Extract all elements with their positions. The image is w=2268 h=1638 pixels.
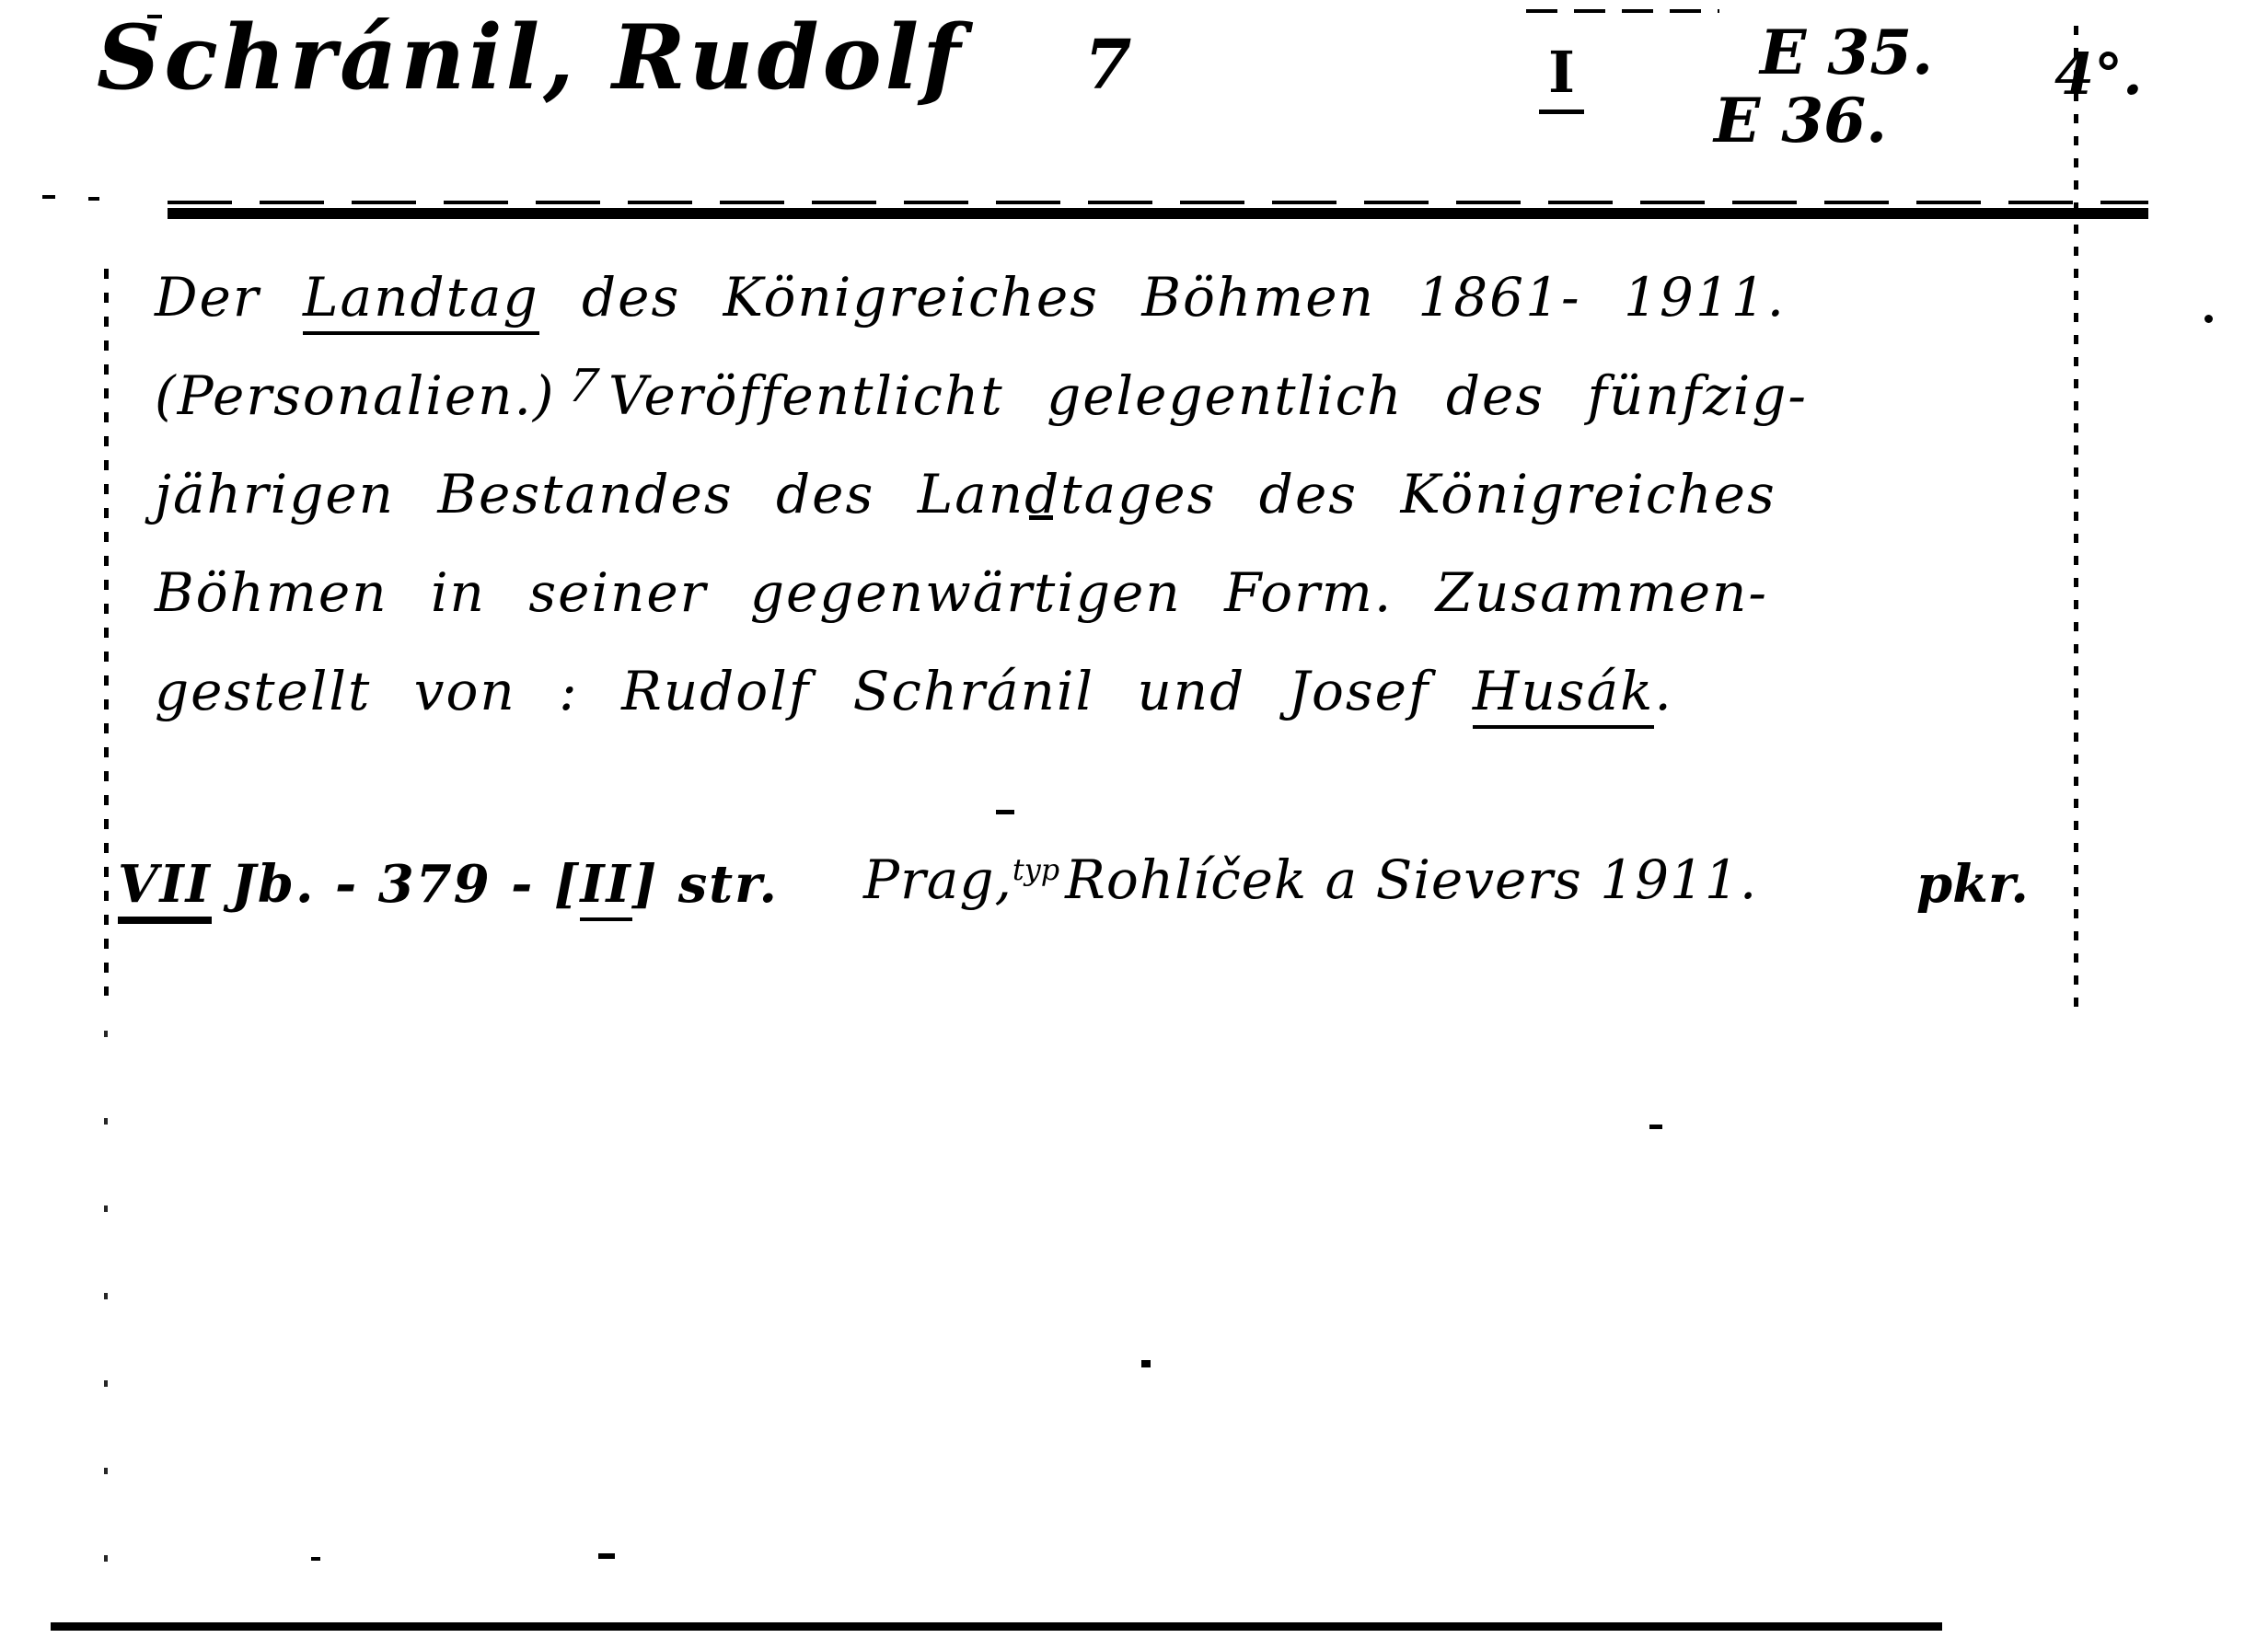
shelfmark-e36: E 36. bbox=[1714, 85, 1887, 156]
text-segment: Jb. - 379 - [ bbox=[212, 854, 581, 915]
body-line: jährigen Bestandes des Landtages des Kön… bbox=[155, 445, 2060, 544]
author-heading: Schránil, Rudolf bbox=[97, 6, 964, 110]
collation-note: VII Jb. - 379 - [II] str. bbox=[118, 854, 779, 915]
text-segment: des Königreiches Böhmen 1861- 1911. bbox=[539, 266, 1786, 329]
text-segment: Veröffentlicht gelegentlich des fünfzig- bbox=[608, 364, 1808, 427]
imprint-note: Prag,typRohlíček a Sievers 1911. bbox=[863, 848, 1757, 911]
scan-speck bbox=[2204, 315, 2213, 323]
scan-speck bbox=[1649, 1125, 1662, 1129]
body-line: Böhmen in seiner gegenwärtigen Form. Zus… bbox=[155, 544, 2060, 642]
body-line: (Personalien.)7Veröffentlicht gelegentli… bbox=[155, 347, 2060, 445]
scan-speck bbox=[88, 197, 99, 201]
text-segment: typ bbox=[1012, 852, 1059, 887]
body-line: gestellt von : Rudolf Schránil und Josef… bbox=[155, 642, 2060, 741]
header-rule-thin bbox=[168, 201, 2148, 204]
text-segment: 7 bbox=[561, 337, 606, 435]
left-margin-dotted-line-lower bbox=[104, 1031, 108, 1601]
text-segment: Böhmen in seiner gegenwärtigen Form. Zus… bbox=[155, 561, 1768, 624]
top-edge-dash bbox=[1526, 9, 1719, 13]
text-segment: jährigen Bestandes des Landtages des Kön… bbox=[155, 463, 1776, 525]
roman-numeral-mark: I bbox=[1539, 39, 1584, 114]
text-segment: Rohlíček a Sievers 1911. bbox=[1065, 848, 1757, 911]
header-rule-thick bbox=[168, 208, 2148, 219]
scan-speck bbox=[147, 15, 162, 18]
text-segment: . bbox=[1654, 660, 1672, 722]
right-margin-dotted-line bbox=[2074, 26, 2078, 1020]
catalog-card: Schránil, Rudolf 7 I E 35. E 36. 4°. Der… bbox=[0, 0, 2268, 1638]
scan-speck bbox=[598, 1553, 615, 1559]
text-segment: Der bbox=[155, 266, 303, 329]
shelfmark-e35: E 35. bbox=[1760, 17, 1933, 88]
text-segment: Husák bbox=[1473, 660, 1654, 729]
title-statement-block: Der Landtag des Königreiches Böhmen 1861… bbox=[155, 248, 2060, 741]
text-segment: II bbox=[580, 854, 631, 921]
scan-speck bbox=[996, 810, 1014, 814]
scan-speck bbox=[1029, 515, 1053, 520]
format-quarto-mark: 4°. bbox=[2054, 40, 2143, 108]
cataloger-initials: pkr. bbox=[1916, 854, 2029, 915]
scan-speck bbox=[1141, 1360, 1151, 1367]
text-segment: ] str. bbox=[632, 854, 779, 915]
scan-speck bbox=[311, 1557, 320, 1561]
text-segment: Landtag bbox=[303, 266, 539, 335]
bottom-scan-edge-line bbox=[51, 1622, 1942, 1631]
left-margin-dotted-line bbox=[104, 269, 109, 996]
body-line: Der Landtag des Königreiches Böhmen 1861… bbox=[155, 248, 2060, 347]
header-number-mark: 7 bbox=[1084, 26, 1132, 105]
text-segment: Prag, bbox=[863, 848, 1012, 911]
text-segment: VII bbox=[118, 854, 212, 924]
text-segment: (Personalien.) bbox=[155, 364, 556, 427]
scan-speck bbox=[42, 195, 55, 199]
text-segment: gestellt von : Rudolf Schránil und Josef bbox=[155, 660, 1473, 722]
